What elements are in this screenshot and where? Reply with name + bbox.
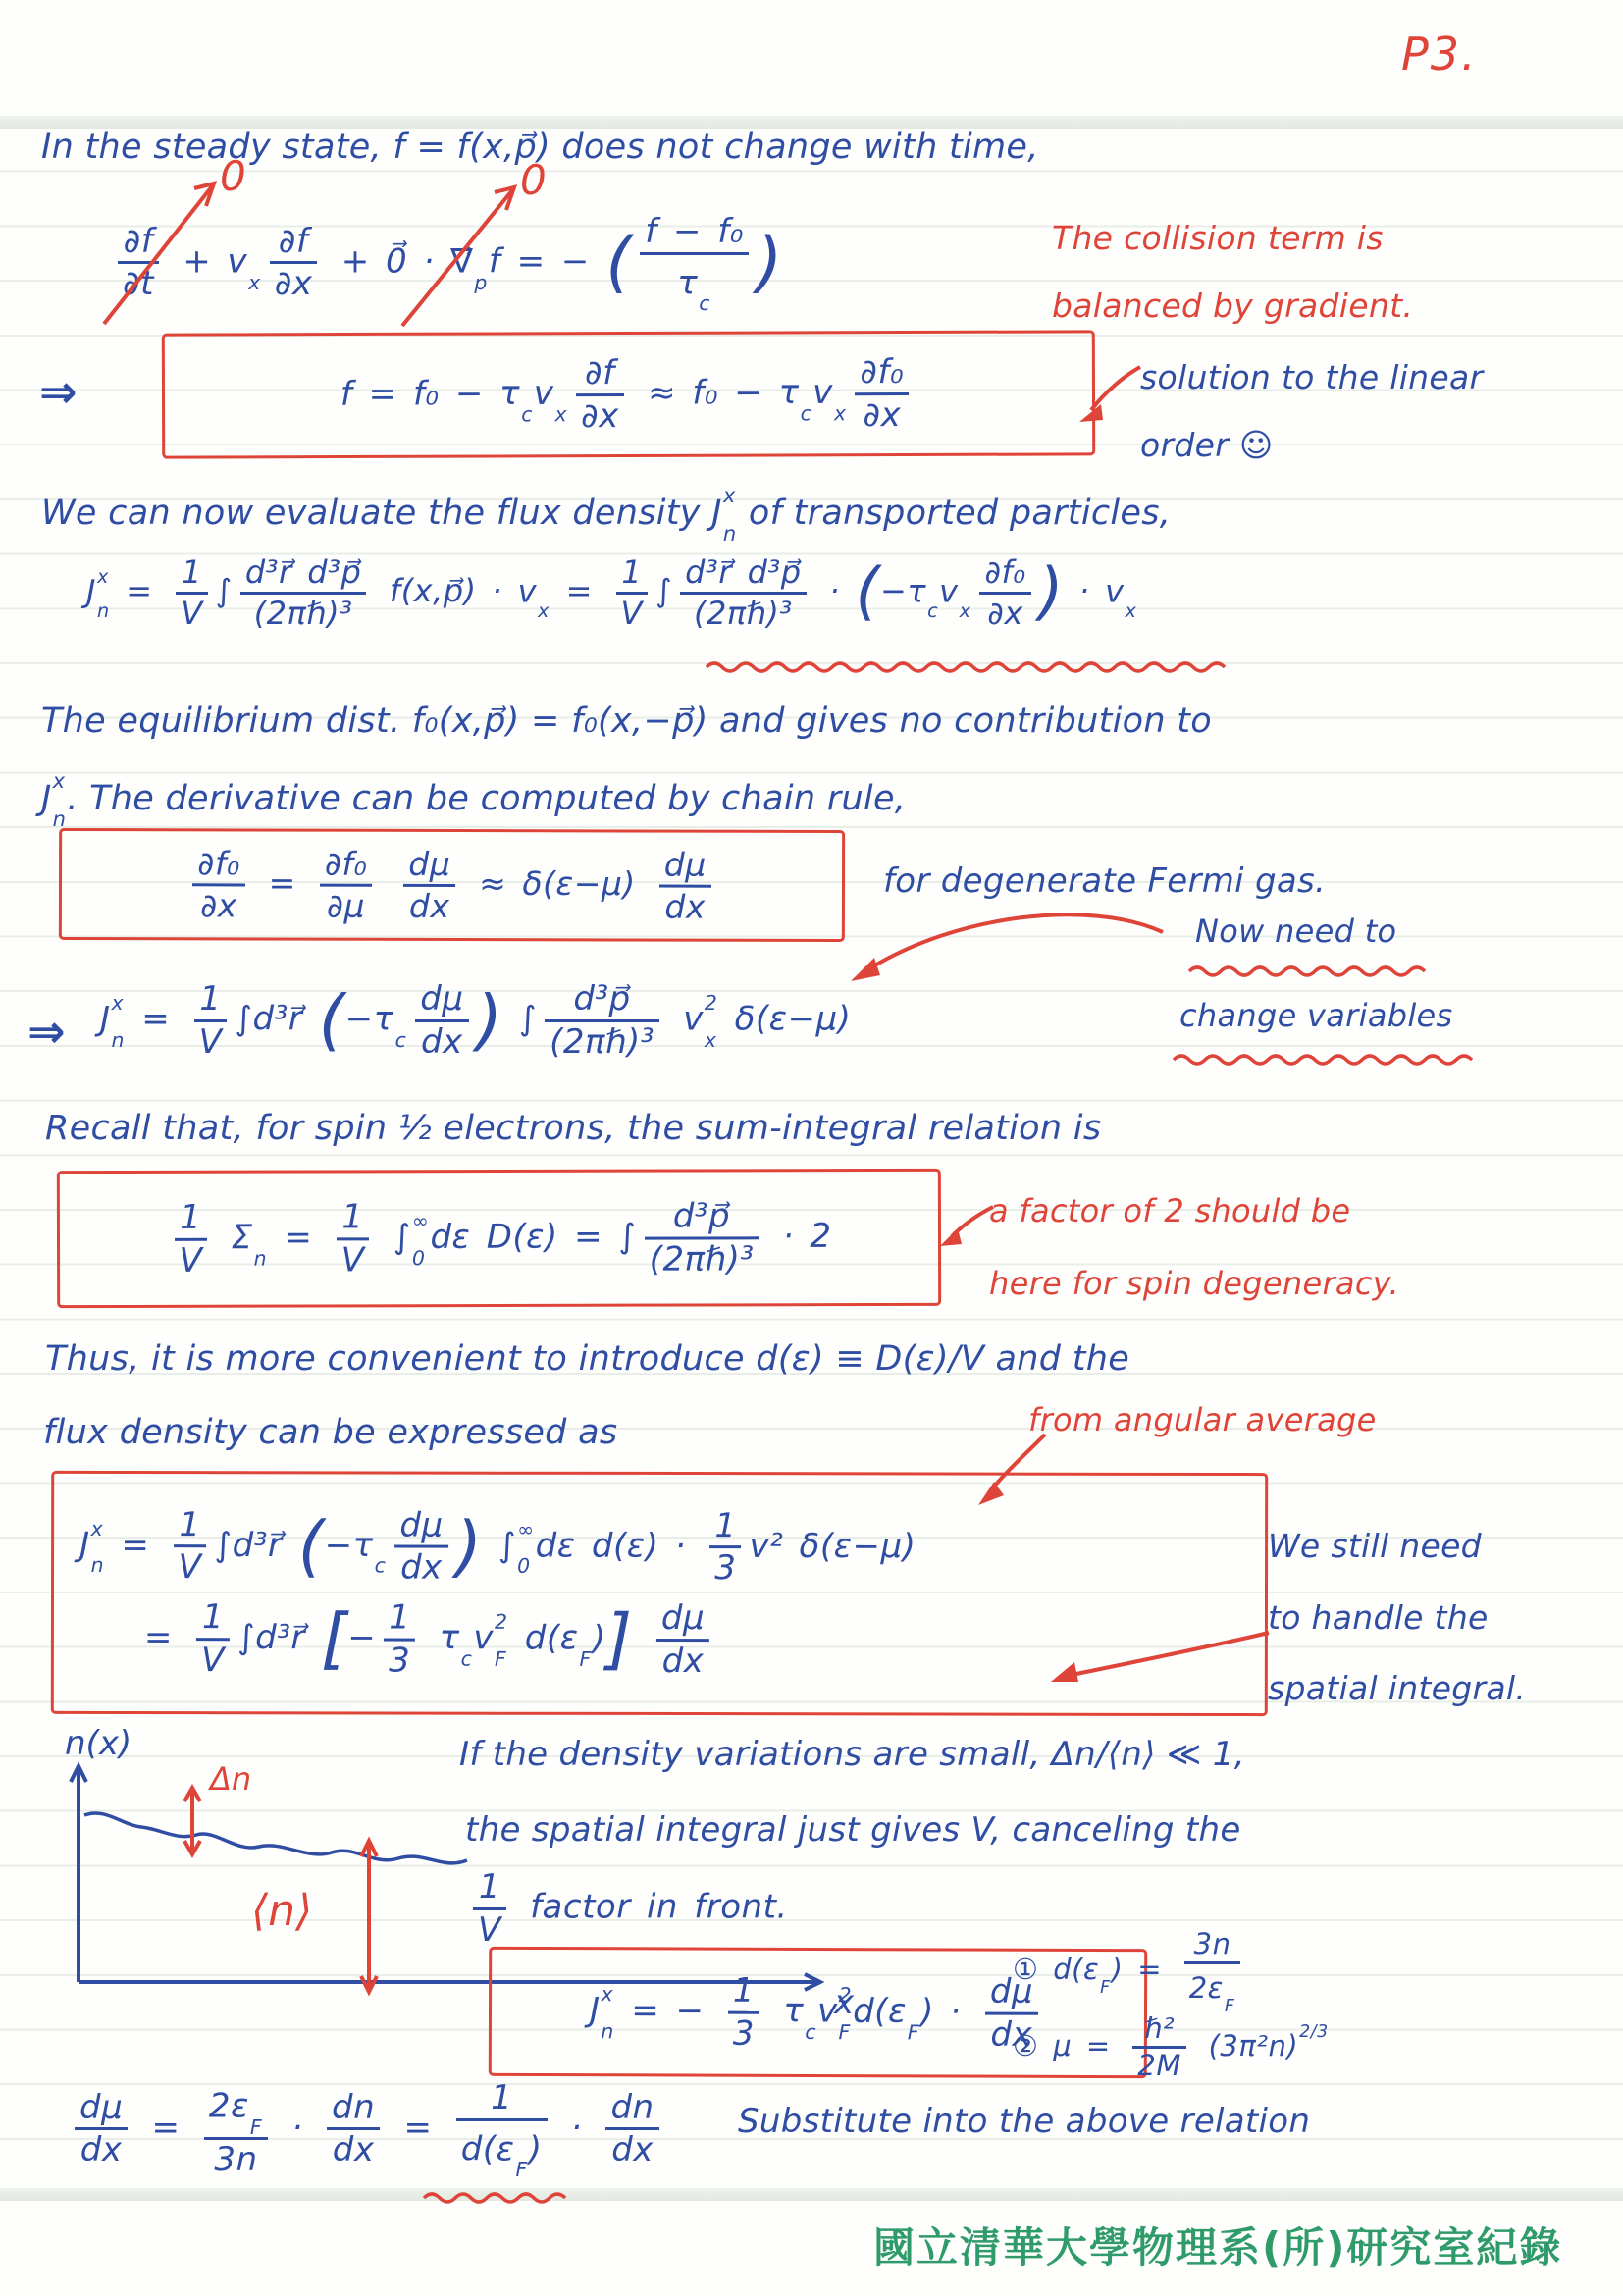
pointer-arrow-icon [1035, 1621, 1276, 1690]
text-line-flux-density: We can now evaluate the flux density Jxn… [41, 486, 1171, 543]
equation-item-2: ② μ = ℏ²2M (3π²n)2/3 [1013, 2013, 1330, 2082]
wavy-underline-icon [1189, 964, 1433, 977]
equation-sum-integral: 1V Σn = 1V ∫∞0dε D(ε) = ∫d³p⃗(2πℏ)³ · 2 [166, 1198, 831, 1278]
text-line-cancel-v: the spatial integral just gives V, cance… [465, 1810, 1241, 1850]
red-box-linear-solution: f = f₀ − τcvx∂f∂x ≈ f₀ − τcvx∂f₀∂x [162, 330, 1095, 458]
page-number: P3. [1401, 27, 1478, 80]
equation-item-1: ① d(εF) = 3n2εF [1013, 1929, 1248, 2013]
annotation-change-variables-1: Now need to [1195, 913, 1396, 950]
annotation-angular-average: from angular average [1028, 1401, 1377, 1438]
text-line-thus: Thus, it is more convenient to introduce… [45, 1339, 1129, 1379]
annotation-change-variables-2: change variables [1179, 997, 1453, 1034]
annotation-spatial-integral: We still need to handle the spatial inte… [1268, 1511, 1526, 1725]
wavy-underline-icon [1174, 1052, 1478, 1066]
pointer-arrow-icon [1072, 361, 1150, 432]
wavy-underline-icon [424, 2190, 571, 2206]
cancel-arrow-icon: 0 [86, 145, 253, 332]
annotation-collision-term: The collision term is balanced by gradie… [1052, 204, 1413, 340]
annotation-fermi-gas: for degenerate Fermi gas. [883, 861, 1326, 901]
equation-flux-integral: Jxn = 1V∫d³r⃗ d³p⃗(2πℏ)³ f(x,p⃗) · vx = … [86, 555, 1137, 630]
curved-arrow-icon [839, 909, 1173, 993]
cancel-arrow-icon: 0 [383, 147, 554, 334]
text-line-expressed: flux density can be expressed as [43, 1413, 617, 1452]
diagram-ylabel: n(x) [65, 1724, 131, 1763]
annotation-spin-degeneracy: a factor of 2 should be here for spin de… [989, 1175, 1399, 1320]
implies-arrow: ⇒ [39, 365, 78, 418]
annotation-linear-order: solution to the linear order ☺ [1140, 343, 1483, 480]
wavy-underline-icon [707, 659, 1236, 675]
text-line-equilibrium: The equilibrium dist. f₀(x,p⃗) = f₀(x,−p… [41, 702, 1212, 741]
text-line-variations: If the density variations are small, Δn/… [459, 1735, 1245, 1774]
cancel-zero: 0 [220, 152, 246, 200]
diagram-delta-label: Δn [207, 1760, 251, 1798]
red-box-sum-integral: 1V Σn = 1V ∫∞0dε D(ε) = ∫d³p⃗(2πℏ)³ · 2 [57, 1169, 941, 1308]
equation-linear-solution: f = f₀ − τcvx∂f∂x ≈ f₀ − τcvx∂f₀∂x [340, 354, 917, 435]
cancel-zero: 0 [520, 156, 547, 204]
notebook-page: P3. In the steady state, f = f(x,p⃗) doe… [0, 0, 1623, 2296]
text-line-recall: Recall that, for spin ½ electrons, the s… [45, 1109, 1101, 1148]
red-box-chain-rule: ∂f₀∂x = ∂f₀∂μ dμdx ≈ δ(ε−μ) dμdx [59, 828, 845, 942]
equation-flux-fermi: = 1V∫d³r⃗ [−13 τcv2F d(εF)] dμdx [144, 1599, 717, 1679]
implies-arrow: ⇒ [27, 1005, 66, 1058]
equation-flux-energy: Jxn = 1V∫d³r⃗ (−τcdμdx) ∫∞0dε d(ε) · 13v… [79, 1507, 916, 1588]
equation-flux-delta: Jxn = 1V∫d³r⃗ (−τcdμdx) ∫d³p⃗(2πℏ)³ v2x … [100, 981, 851, 1060]
text-line-chain-rule: Jxn. The derivative can be computed by c… [41, 771, 906, 828]
text-line-factor-front: 1V factor in front. [465, 1869, 788, 1948]
equation-dmu-dx: dμdx = 2εF3n · dndx = 1d(εF) · dndx [67, 2080, 667, 2178]
equation-chain-rule: ∂f₀∂x = ∂f₀∂μ dμdx ≈ δ(ε−μ) dμdx [184, 846, 719, 924]
institution-footer: 國立清華大學物理系(所)研究室紀錄 [873, 2216, 1562, 2274]
equation-final-result: Jxn = − 13 τcv2Fd(εF) · dμdx [590, 1972, 1046, 2053]
diagram-average-label: ⟨n⟩ [251, 1886, 312, 1936]
text-line-substitute: Substitute into the above relation [738, 2102, 1310, 2141]
bottom-margin-band [0, 2188, 1623, 2201]
